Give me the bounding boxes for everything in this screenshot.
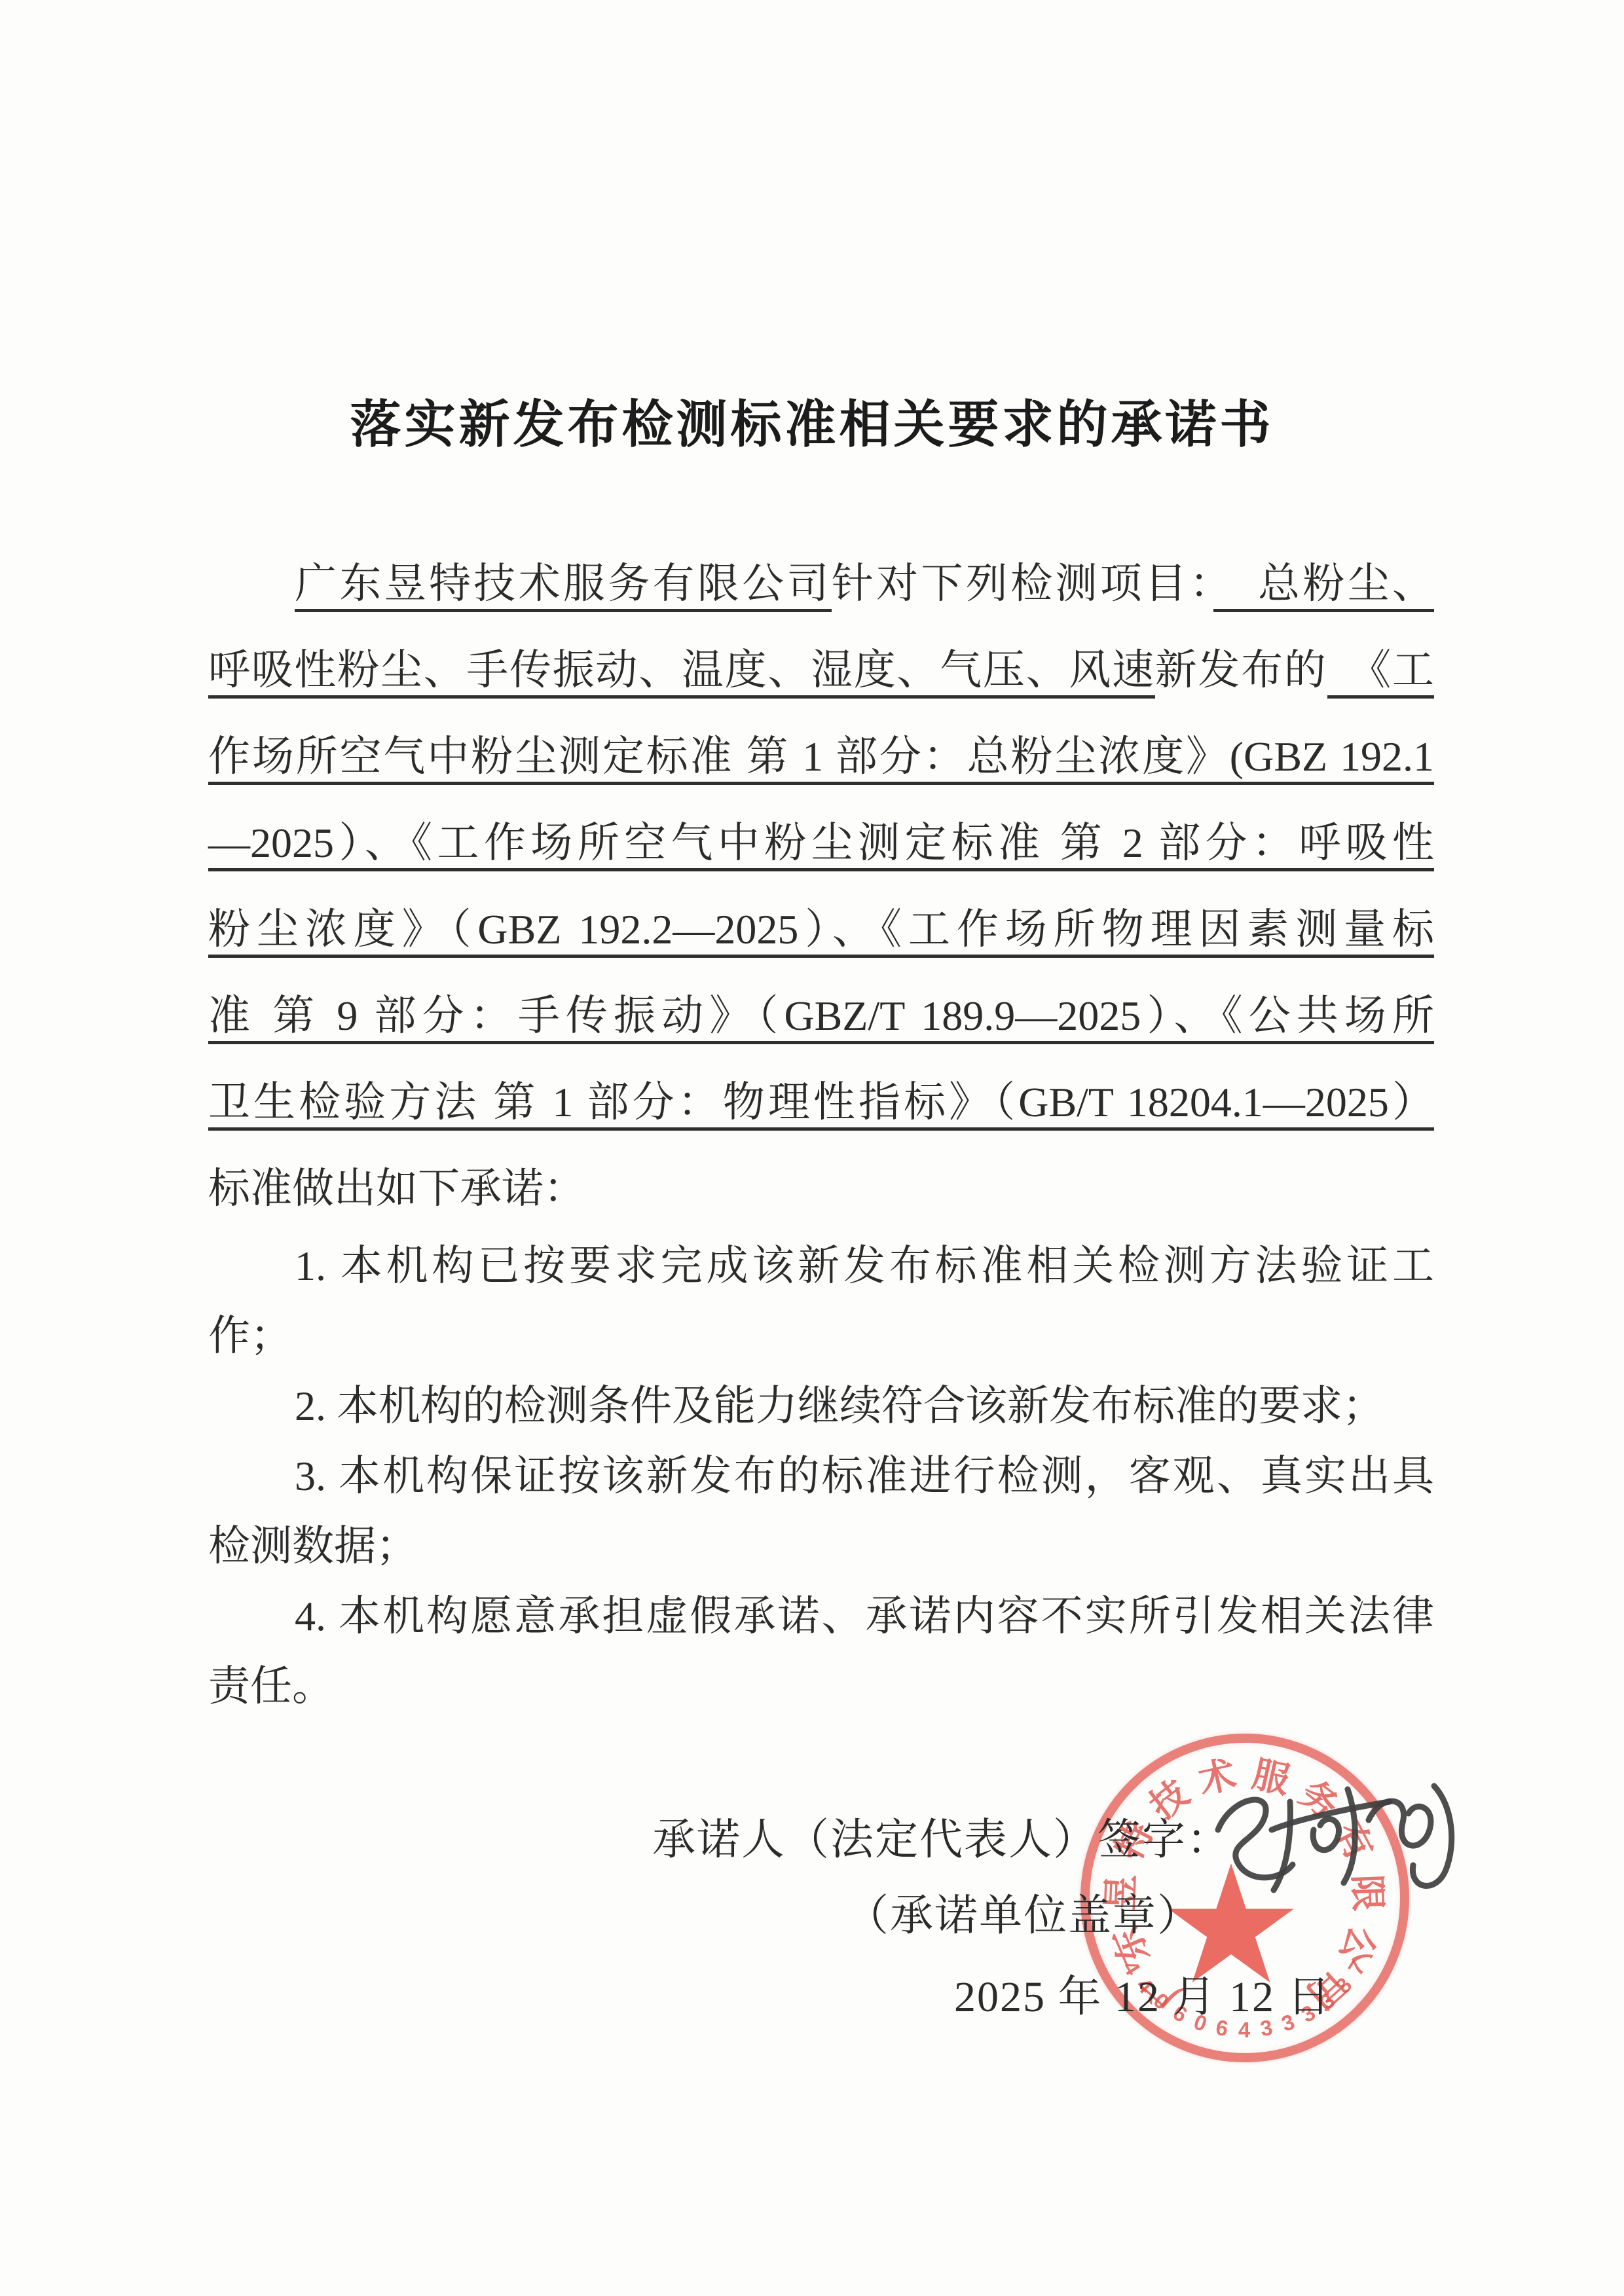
text: 作； bbox=[208, 1313, 292, 1359]
text: 检测数据； bbox=[208, 1523, 418, 1569]
text: 责任。 bbox=[208, 1663, 334, 1709]
underlined-text: 卫生检验方法 第 1 部分：物理性指标》（GB/T 18204.1—2025） bbox=[208, 1079, 1434, 1131]
document-line: 准 第 9 部分：手传振动》（GBZ/T 189.9—2025）、《公共场所 bbox=[208, 973, 1434, 1059]
underlined-text: —2025）、《工作场所空气中粉尘测定标准 第 2 部分：呼吸性 bbox=[208, 820, 1434, 871]
text: 4. 本机构愿意承担虚假承诺、承诺内容不实所引发相关法律 bbox=[295, 1593, 1434, 1639]
document-line: 粉尘浓度》（GBZ 192.2—2025）、《工作场所物理因素测量标 bbox=[208, 886, 1434, 973]
document-line: 3. 本机构保证按该新发布的标准进行检测，客观、真实出具 bbox=[208, 1441, 1434, 1511]
date-line: 2025 年 12 月 12 日 bbox=[954, 1961, 1332, 2024]
body-paragraph: 广东昱特技术服务有限公司针对下列检测项目： 总粉尘、呼吸性粉尘、手传振动、温度、… bbox=[208, 541, 1434, 1232]
document-line: —2025）、《工作场所空气中粉尘测定标准 第 2 部分：呼吸性 bbox=[208, 800, 1434, 886]
underlined-text: 作场所空气中粉尘测定标准 第 1 部分：总粉尘浓度》(GBZ 192.1 bbox=[208, 733, 1434, 785]
page: { "title": { "text": "落实新发布检测标准相关要求的承诺书"… bbox=[0, 0, 1624, 2296]
underlined-text: 总粉尘、 bbox=[1213, 560, 1434, 612]
document-line: 作场所空气中粉尘测定标准 第 1 部分：总粉尘浓度》(GBZ 192.1 bbox=[208, 714, 1434, 800]
text: 3. 本机构保证按该新发布的标准进行检测，客观、真实出具 bbox=[295, 1453, 1434, 1499]
document-line: 作； bbox=[208, 1301, 1434, 1371]
text: 2. 本机构的检测条件及能力继续符合该新发布标准的要求； bbox=[295, 1383, 1384, 1429]
document-line: 检测数据； bbox=[208, 1511, 1434, 1581]
signature-handwriting bbox=[1193, 1768, 1479, 1902]
document-line: 呼吸性粉尘、手传振动、温度、湿度、气压、风速新发布的 《工 bbox=[208, 627, 1434, 714]
text: 新发布的 bbox=[1155, 647, 1327, 693]
underlined-text: 粉尘浓度》（GBZ 192.2—2025）、《工作场所物理因素测量标 bbox=[208, 906, 1434, 958]
text: 标准做出如下承诺： bbox=[208, 1165, 585, 1212]
document-line: 1. 本机构已按要求完成该新发布标准相关检测方法验证工 bbox=[208, 1231, 1434, 1301]
text: 针对下列检测项目： bbox=[832, 560, 1213, 607]
page-title: 落实新发布检测标准相关要求的承诺书 bbox=[0, 384, 1624, 457]
seal-note-label: （承诺单位盖章） bbox=[845, 1880, 1202, 1942]
document-line: 广东昱特技术服务有限公司针对下列检测项目： 总粉尘、 bbox=[208, 541, 1434, 627]
text: 1. 本机构已按要求完成该新发布标准相关检测方法验证工 bbox=[295, 1243, 1434, 1289]
signature-label: 承诺人（法定代表人）签字： bbox=[652, 1804, 1231, 1867]
document-line: 2. 本机构的检测条件及能力继续符合该新发布标准的要求； bbox=[208, 1371, 1434, 1441]
underlined-text: 准 第 9 部分：手传振动》（GBZ/T 189.9—2025）、《公共场所 bbox=[208, 993, 1434, 1044]
underlined-text: 呼吸性粉尘、手传振动、温度、湿度、气压、风速 bbox=[208, 647, 1155, 699]
document-line: 标准做出如下承诺： bbox=[208, 1146, 1434, 1232]
document-line: 责任。 bbox=[208, 1651, 1434, 1721]
commitment-list: 1. 本机构已按要求完成该新发布标准相关检测方法验证工作；2. 本机构的检测条件… bbox=[208, 1231, 1434, 1721]
underlined-text: 《工 bbox=[1327, 647, 1434, 699]
document-line: 4. 本机构愿意承担虚假承诺、承诺内容不实所引发相关法律 bbox=[208, 1581, 1434, 1651]
underlined-text: 广东昱特技术服务有限公司 bbox=[295, 560, 832, 612]
document-line: 卫生检验方法 第 1 部分：物理性指标》（GB/T 18204.1—2025） bbox=[208, 1059, 1434, 1146]
